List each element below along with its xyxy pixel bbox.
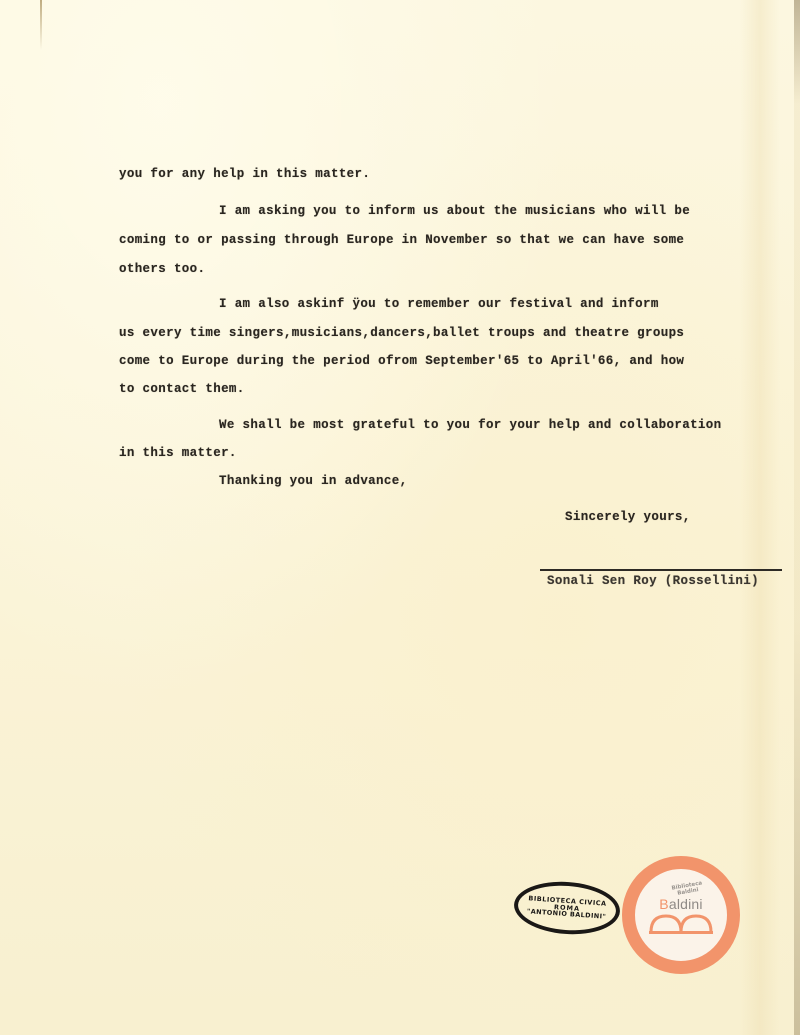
- letter-line: us every time singers,musicians,dancers,…: [119, 326, 684, 340]
- logo-wordmark-initial: B: [659, 896, 669, 912]
- logo-wordmark: Baldini: [659, 896, 702, 912]
- library-stamp: BIBLIOTECA CIVICA ROMA "ANTONIO BALDINI": [512, 878, 621, 937]
- letter-line: I am asking you to inform us about the m…: [219, 204, 690, 218]
- letter-line: coming to or passing through Europe in N…: [119, 233, 684, 247]
- signature-line: [540, 569, 782, 571]
- logo-small-text: Biblioteca Baldini: [671, 880, 704, 897]
- letter-line: you for any help in this matter.: [119, 167, 370, 181]
- signature-name: Sonali Sen Roy (Rossellini): [547, 574, 759, 588]
- closing: Sincerely yours,: [565, 510, 691, 524]
- baldini-logo: Biblioteca Baldini Baldini: [622, 856, 740, 974]
- paper-crease: [40, 0, 42, 50]
- paper-fold: [740, 0, 780, 1035]
- letter-line: come to Europe during the period ofrom S…: [119, 354, 684, 368]
- letter-line: others too.: [119, 262, 205, 276]
- open-book-icon: [648, 912, 714, 934]
- stamp-bottom-text: "ANTONIO BALDINI": [527, 909, 607, 921]
- letter-line: in this matter.: [119, 446, 237, 460]
- letter-page: you for any help in this matter. I am as…: [0, 0, 800, 1035]
- letter-line: We shall be most grateful to you for you…: [219, 418, 721, 432]
- letter-line: I am also askinf ÿou to remember our fes…: [219, 297, 659, 311]
- letter-line: to contact them.: [119, 382, 245, 396]
- logo-wordmark-rest: aldini: [669, 896, 703, 912]
- paper-edge: [794, 0, 800, 1035]
- letter-line: Thanking you in advance,: [219, 474, 407, 488]
